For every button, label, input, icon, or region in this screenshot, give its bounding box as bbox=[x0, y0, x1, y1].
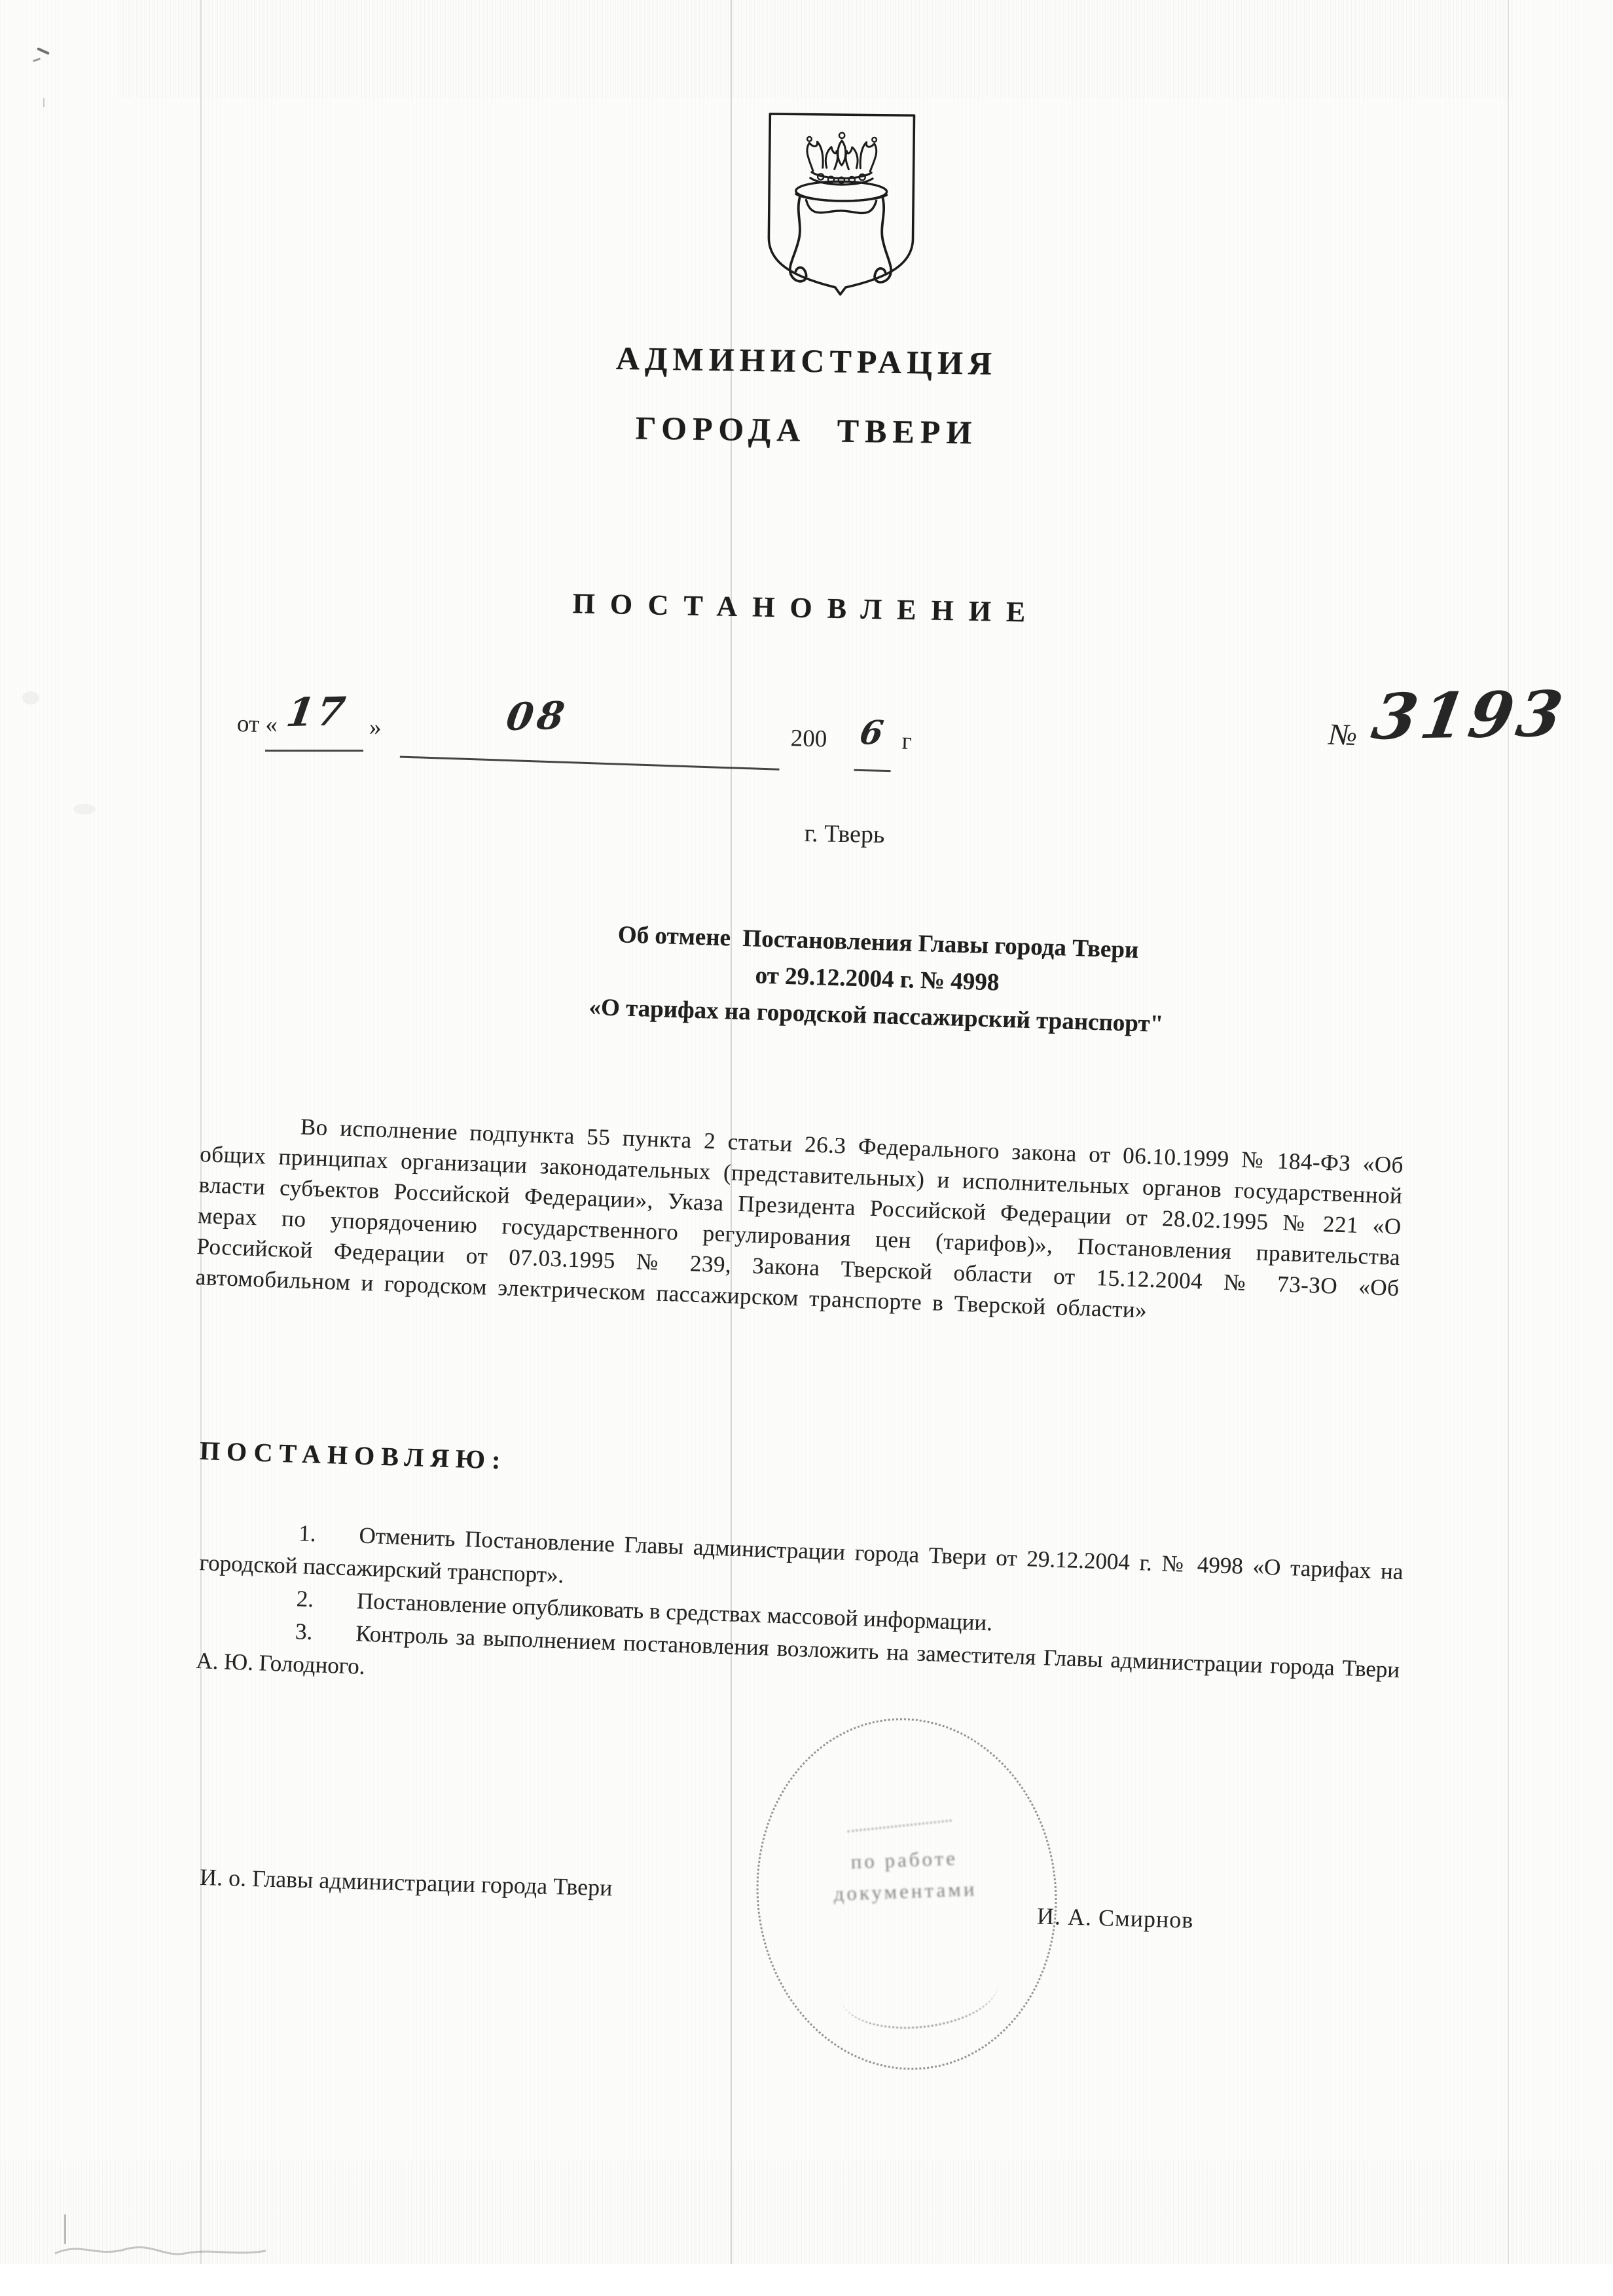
year-printed: 200 bbox=[790, 724, 827, 753]
preamble-paragraph: Во исполнение подпункта 55 пункта 2 стат… bbox=[195, 1108, 1404, 1334]
signer-name: И. А. Смирнов bbox=[1037, 1903, 1194, 1934]
stamp-faded-line bbox=[847, 1819, 951, 1832]
document-type-title: ПОСТАНОВЛЕНИЕ bbox=[152, 579, 1462, 637]
handwritten-number: 3193 bbox=[1368, 677, 1572, 754]
smudge bbox=[73, 804, 96, 814]
scan-squiggle bbox=[54, 2238, 270, 2264]
document-number: № 3193 bbox=[1327, 676, 1605, 791]
date-prefix: от « bbox=[237, 710, 278, 739]
fold-line-right bbox=[1508, 0, 1509, 2264]
stamp-inner-arc bbox=[837, 1946, 1001, 2036]
item-1-number: 1. bbox=[299, 1520, 317, 1546]
handwritten-day: 17 bbox=[283, 689, 351, 736]
ink-speck bbox=[33, 58, 41, 62]
ink-speck bbox=[37, 47, 50, 55]
scanned-document-page: { "header": { "org_line1": "АДМИНИСТРАЦИ… bbox=[0, 0, 1613, 2296]
handwritten-month: 08 bbox=[503, 693, 571, 739]
day-underline bbox=[265, 750, 363, 752]
handwritten-year-digit: 6 bbox=[857, 713, 886, 752]
item-2-number: 2. bbox=[296, 1586, 314, 1612]
item-3-number: 3. bbox=[295, 1618, 314, 1645]
item-1-text: Отменить Постановление Главы администрац… bbox=[199, 1523, 1404, 1588]
number-sign: № bbox=[1328, 717, 1358, 752]
date-line: от « 17 » 08 200 6 г bbox=[236, 693, 971, 777]
scan-bottom-edge bbox=[0, 2264, 1613, 2296]
signer-position: И. о. Главы администрации города Твери bbox=[200, 1863, 613, 1901]
month-underline bbox=[400, 756, 780, 771]
signature-row: И. о. Главы администрации города Твери И… bbox=[199, 1863, 1260, 1930]
ink-speck bbox=[43, 98, 45, 107]
org-name-line1: АДМИНИСТРАЦИЯ bbox=[152, 333, 1462, 389]
subject-heading: Об отмене Постановления Главы города Тве… bbox=[352, 909, 1402, 1049]
resolution-word: ПОСТАНОВЛЯЮ: bbox=[199, 1435, 507, 1476]
item-gap bbox=[312, 1639, 355, 1641]
smudge bbox=[22, 691, 39, 704]
year-underline bbox=[854, 769, 890, 772]
year-suffix: г bbox=[901, 727, 912, 756]
org-name-line2: ГОРОДА ТВЕРИ bbox=[152, 402, 1462, 458]
date-close-quote: » bbox=[369, 713, 382, 741]
scan-noise-top bbox=[118, 0, 1512, 98]
tver-coat-of-arms bbox=[762, 108, 920, 301]
resolution-items: 1.Отменить Постановление Главы администр… bbox=[196, 1514, 1404, 1719]
place-line: г. Тверь bbox=[668, 816, 1022, 851]
item-gap bbox=[316, 1541, 359, 1542]
item-gap bbox=[314, 1607, 357, 1608]
